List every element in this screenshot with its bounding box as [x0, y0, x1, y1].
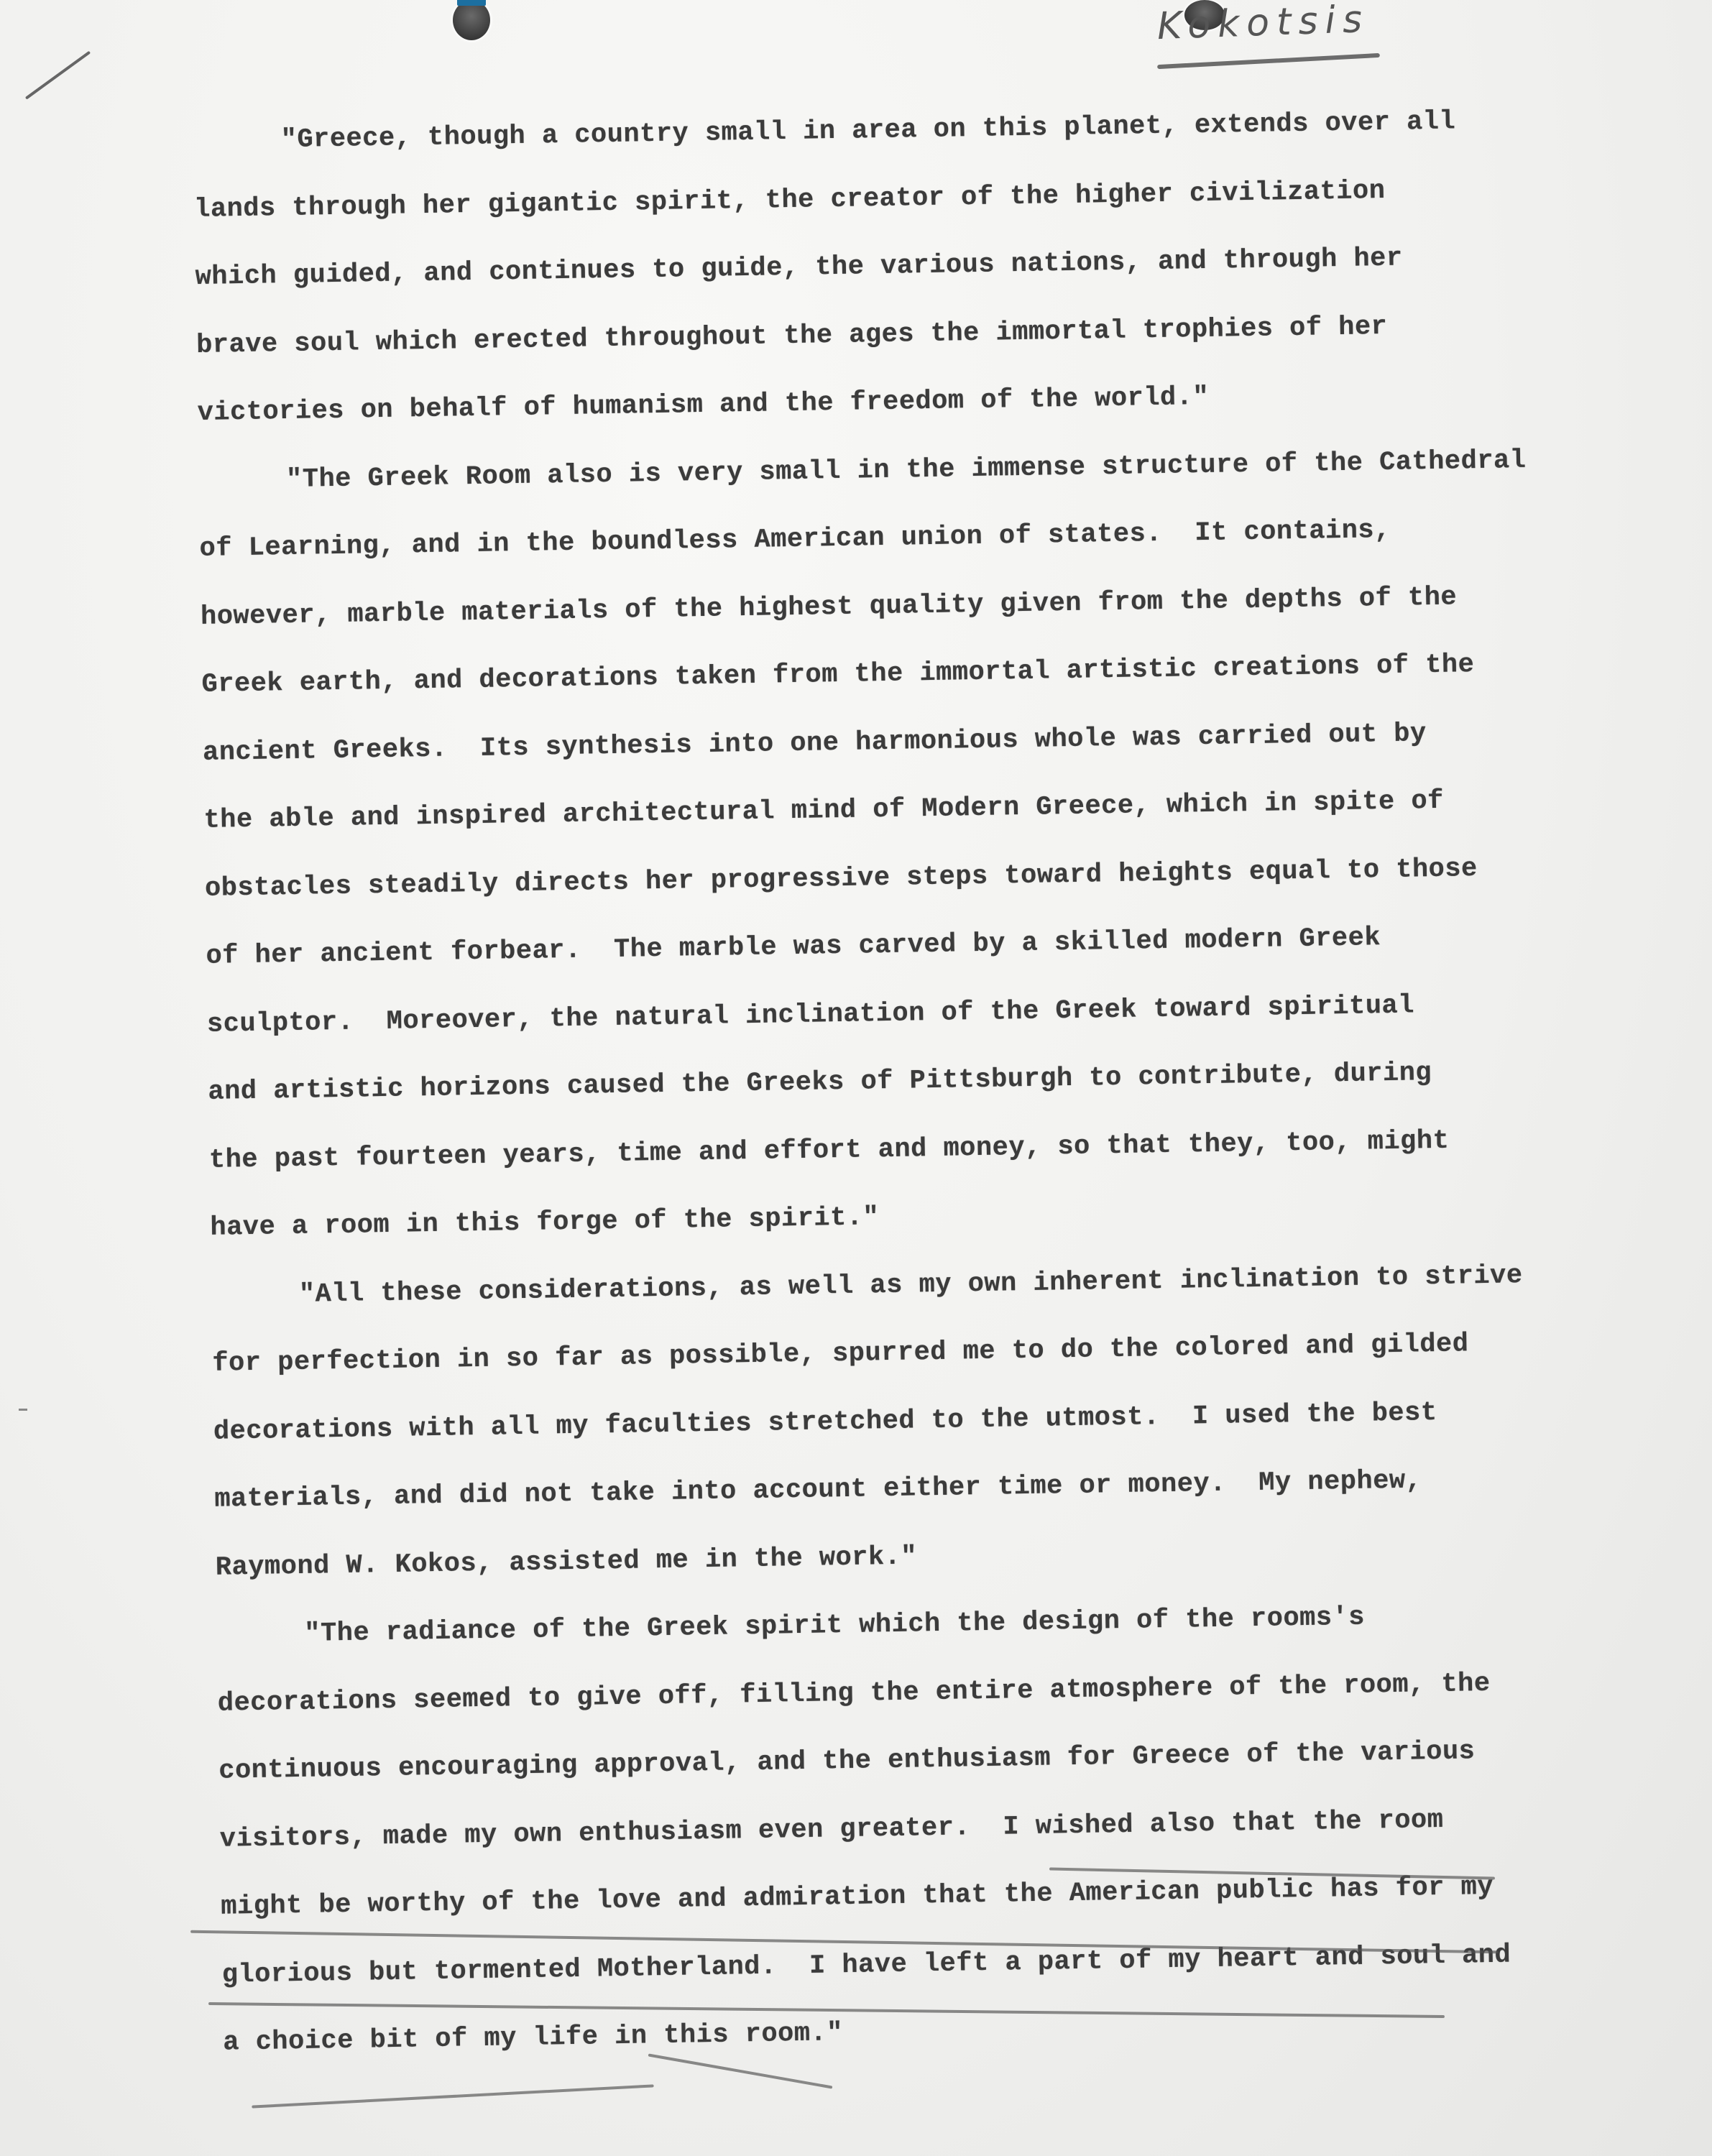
punch-hole — [453, 0, 490, 40]
handwritten-annotation: Kokotsis — [1156, 0, 1370, 48]
annotation-underline — [1157, 53, 1380, 69]
margin-dash-mark — [19, 1409, 27, 1411]
margin-pencil-mark — [25, 51, 91, 100]
document-page: Kokotsis "Greece, though a country small… — [0, 0, 1712, 2156]
typewritten-text: "Greece, though a country small in area … — [193, 86, 1625, 2077]
pencil-underline — [252, 2084, 653, 2108]
